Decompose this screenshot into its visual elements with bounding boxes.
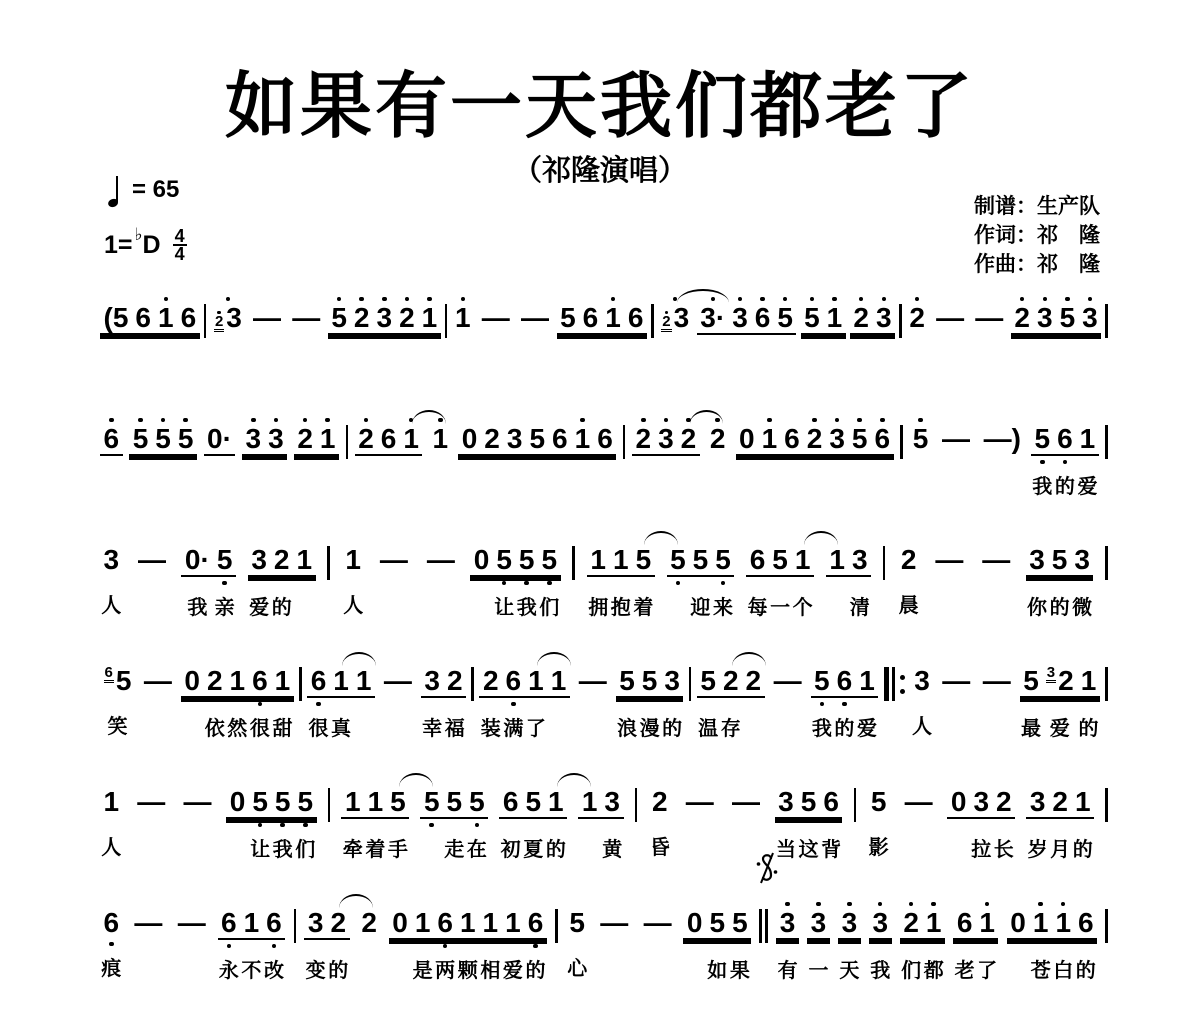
note-token: —: [180, 776, 215, 860]
octave-dot-below-slot: [1071, 577, 1094, 588]
octave-dot: [985, 902, 990, 907]
note-digit: 3: [970, 787, 993, 819]
octave-dot: [915, 297, 920, 302]
note-token: 3: [729, 292, 752, 378]
barline-strokes: [884, 667, 906, 701]
note-digit: 5: [774, 303, 797, 335]
note-token: 3一: [807, 897, 830, 983]
octave-dot-below-slot: [263, 940, 286, 951]
lyric-char: 迎: [690, 596, 710, 620]
note-group: —: [939, 655, 974, 739]
octave-dot: [820, 702, 825, 707]
note-group: 02依1然6很1甜: [181, 655, 294, 741]
octave-dot-below-slot: [226, 819, 249, 830]
note-digit: 3: [1071, 545, 1094, 577]
barline: [471, 655, 474, 701]
note-digit: 1: [823, 303, 846, 335]
note-digit: 1: [100, 787, 123, 817]
note-group: 6痕: [100, 897, 123, 981]
note-token: —: [250, 292, 285, 376]
barline-strokes: [555, 909, 558, 943]
lyric-char: 一: [770, 596, 790, 620]
note-token: 0: [1007, 897, 1030, 983]
octave-dot-below-slot: [100, 456, 123, 467]
octave-dot: [1038, 902, 1043, 907]
note-token: —: [979, 655, 1014, 739]
note-digit: 5: [616, 666, 639, 698]
note-digit: 1: [418, 303, 441, 335]
note-token: —: [174, 897, 209, 981]
note-digit: 6: [1075, 908, 1098, 940]
lyric-char: 有: [778, 959, 798, 983]
note-digit: 6: [549, 424, 572, 456]
barline: [689, 655, 692, 701]
note-digit: 5: [387, 787, 410, 819]
note-token: 1: [316, 413, 339, 499]
octave-dot-below-slot: [421, 698, 444, 709]
barline-strokes: [1105, 909, 1108, 943]
note-digit: 6: [871, 424, 894, 456]
note-token: 3拉: [970, 776, 993, 862]
octave-dot-below-slot: [770, 696, 805, 707]
lyric-char: 牵: [343, 838, 363, 862]
octave-dot: [533, 944, 538, 949]
note-group: 5: [909, 413, 932, 497]
note-token: —: [682, 776, 717, 860]
octave-dot: [475, 823, 480, 828]
note-token: 5我: [811, 655, 834, 741]
octave-dot-below-slot: [980, 454, 1024, 465]
lyric-char: 福: [445, 717, 465, 741]
lyric-char: 的: [834, 717, 854, 741]
note-token: —: [131, 897, 166, 981]
grace-note: 2: [214, 311, 224, 333]
note-token: 1: [571, 413, 594, 499]
octave-dot: [443, 944, 448, 949]
note-token: 2月: [1049, 776, 1072, 862]
note-token: 2: [906, 292, 929, 376]
lyric-char: 满: [503, 717, 523, 741]
note-digit: 0: [389, 908, 412, 940]
note-token: 6永: [218, 897, 241, 983]
note-digit: —: [933, 303, 968, 333]
note-digit: 2: [270, 545, 293, 577]
octave-dot-below-slot: [871, 456, 894, 467]
note-group: —: [174, 897, 209, 981]
lyric-char: 着: [633, 596, 653, 620]
octave-dot-below-slot: [154, 335, 177, 346]
lyric-char: 温: [698, 717, 718, 741]
note-token: —: [933, 292, 968, 376]
note-digit: —: [901, 787, 936, 817]
note-group: 13清: [826, 534, 871, 620]
note-digit: 3: [807, 908, 830, 940]
note-group: 3人: [911, 655, 934, 739]
lyric-char: 笑: [107, 715, 127, 739]
octave-dot-below-slot: [350, 335, 373, 346]
note-group: —: [597, 897, 632, 981]
note-group: —: [979, 655, 1014, 739]
lyric-char: 初: [501, 838, 521, 862]
octave-dot-below-slot: [545, 819, 568, 830]
note-digit: 6: [751, 303, 774, 335]
octave-dot: [857, 418, 862, 423]
lyric-char: 爱: [503, 959, 523, 983]
note-token: 1的: [1077, 655, 1100, 741]
note-digit: 2: [358, 908, 381, 938]
note-digit: 5: [213, 545, 236, 577]
note-digit: —: [770, 666, 805, 696]
note-token: 1爱: [1076, 413, 1099, 499]
note-group: 3爱2的1: [248, 534, 316, 620]
barline-strokes: [328, 788, 331, 822]
octave-dot-below-slot: [218, 940, 241, 951]
octave-dot-below-slot: [557, 335, 580, 346]
octave-dot-below-slot: [775, 819, 798, 830]
note-token: 2们: [900, 897, 923, 983]
octave-dot: [161, 418, 166, 423]
quarter-note-icon: [108, 174, 122, 206]
note-digit: 3: [248, 545, 271, 577]
lyric-char: 了: [977, 959, 997, 983]
octave-dot-below-slot: [249, 819, 272, 830]
octave-dot-below-slot: [856, 698, 879, 709]
lyric-char: 装: [481, 717, 501, 741]
note-token: 3: [1079, 292, 1102, 378]
note-group: —: [376, 534, 411, 618]
octave-dot: [274, 418, 279, 423]
lyric-char: 我: [870, 959, 890, 983]
note-group: 5我6的1爱: [811, 655, 879, 741]
note-digit: 2: [906, 303, 929, 333]
barline: [572, 534, 575, 580]
note-digit: 5: [152, 424, 175, 456]
octave-dot-below-slot: [181, 577, 213, 588]
note-token: 2晨: [897, 534, 920, 618]
note-digit: 1: [154, 303, 177, 335]
octave-dot-below-slot: [364, 819, 387, 830]
note-token: 0: [458, 413, 481, 499]
lyric-char: 让: [494, 596, 514, 620]
octave-dot: [785, 902, 790, 907]
barline: [1105, 292, 1108, 338]
note-token: 2: [358, 897, 381, 981]
note-token: 65笑: [100, 655, 135, 739]
octave-dot-below-slot: [803, 456, 826, 467]
note-digit: —: [174, 908, 209, 938]
octave-dot-below-slot: [1026, 577, 1049, 588]
note-digit: 1: [330, 666, 353, 698]
octave-dot-below-slot: [341, 819, 364, 830]
note-digit: 1: [293, 545, 316, 577]
note-token: 3: [373, 292, 396, 378]
note-token: 6的: [1054, 413, 1077, 499]
note-digit: —: [728, 787, 763, 817]
octave-dot-below-slot: [100, 696, 135, 707]
lyric-char: 黄: [602, 838, 622, 862]
note-digit: 1: [1076, 424, 1099, 456]
octave-dot-below-slot: [970, 819, 993, 830]
note-token: 5迎: [689, 534, 712, 620]
note-token: 5影: [867, 776, 890, 860]
octave-dot-below-slot: [706, 454, 729, 465]
lyric-char: 痕: [101, 957, 121, 981]
octave-dot-below-slot: [549, 456, 572, 467]
octave-dot-below-slot: [493, 577, 516, 588]
note-token: —: [979, 534, 1014, 618]
octave-dot-below-slot: [479, 698, 502, 709]
note-digit: —: [979, 545, 1014, 575]
note-token: 1: [352, 655, 375, 741]
octave-dot-below-slot: [1026, 819, 1049, 830]
note-token: 3人: [100, 534, 123, 618]
barline: [1105, 897, 1108, 943]
octave-dot-below-slot: [807, 940, 830, 951]
octave-dot-below-slot: [443, 819, 466, 830]
note-group: 01是6两1颗1相1爱6的: [389, 897, 547, 983]
octave-dot-below-slot: [1076, 456, 1099, 467]
note-token: 5浪: [616, 655, 639, 741]
octave-dot-below-slot: [423, 575, 458, 586]
note-group: 3当5这6背: [775, 776, 843, 862]
octave-dot-below-slot: [566, 938, 589, 949]
note-token: 5手: [387, 776, 410, 862]
octave-dot-below-slot: [316, 456, 339, 467]
lyric-char: 月: [1050, 838, 1070, 862]
barline: [1105, 534, 1108, 580]
note-token: 5如: [706, 897, 729, 983]
note-token: 1白: [1052, 897, 1075, 983]
octave-dot: [164, 297, 169, 302]
octave-dot: [767, 418, 772, 423]
key-prefix: 1=: [104, 231, 133, 260]
octave-dot: [524, 581, 529, 586]
score-line: 65550·332126110235616232201623565——)5我6的…: [100, 413, 1108, 534]
barline: [759, 897, 768, 943]
note-digit: 5: [466, 787, 489, 819]
octave-dot-below-slot: [134, 817, 169, 828]
note-token: 2昏: [648, 776, 671, 860]
octave-dot-below-slot: [719, 698, 742, 709]
note-token: 1牵: [341, 776, 364, 862]
octave-dot: [715, 418, 720, 423]
octave-dot-below-slot: [304, 940, 327, 951]
lyric-char: 岁: [1028, 838, 1048, 862]
octave-dot-below-slot: [249, 698, 272, 709]
note-digit: 2: [648, 787, 671, 817]
octave-dot-below-slot: [972, 333, 1007, 344]
note-token: 3人: [911, 655, 934, 739]
octave-dot-below-slot: [203, 698, 226, 709]
note-digit: 2: [632, 424, 655, 456]
note-group: 2: [906, 292, 929, 376]
note-token: 2: [706, 413, 729, 497]
note-group: 232: [632, 413, 700, 499]
octave-dot: [258, 702, 263, 707]
octave-dot-below-slot: [797, 819, 820, 830]
octave-dot: [783, 297, 788, 302]
lyric-char: 的: [1050, 596, 1070, 620]
octave-dot-below-slot: [953, 940, 976, 951]
lyric-char: 存: [721, 717, 741, 741]
octave-dot: [859, 297, 864, 302]
note-digit: 6: [249, 666, 272, 698]
note-token: 6的: [833, 655, 856, 741]
note-token: —: [932, 534, 967, 618]
note-digit: 0: [226, 787, 249, 819]
note-digit: 3: [655, 424, 678, 456]
octave-dot: [878, 902, 883, 907]
note-digit: 1: [976, 908, 999, 940]
barline-strokes: [900, 425, 903, 459]
lyric-char: 的: [1073, 838, 1093, 862]
note-group: 0·: [204, 413, 236, 499]
octave-dot-below-slot: [411, 940, 434, 951]
octave-dot-below-slot: [210, 345, 245, 356]
note-token: 1: [154, 292, 177, 378]
note-digit: —: [289, 303, 324, 333]
note-token: 6: [751, 292, 774, 378]
octave-dot-below-slot: [240, 940, 263, 951]
octave-dot-below-slot: [242, 456, 265, 467]
octave-dot-below-slot: [1049, 819, 1072, 830]
note-group: 3·365: [697, 292, 797, 378]
lyric-char: 影: [869, 836, 889, 860]
octave-dot-below-slot: [667, 577, 690, 588]
note-group: 1人: [342, 534, 365, 618]
note-digit: 1: [1071, 787, 1094, 819]
octave-dot: [1061, 902, 1066, 907]
note-digit: 3: [776, 908, 799, 940]
octave-dot: [222, 581, 227, 586]
lyric-char: 不: [241, 959, 261, 983]
lyric-char: 甜: [272, 717, 292, 741]
lyric-char: 苍: [1031, 959, 1051, 983]
note-token: 1: [823, 292, 846, 378]
note-token: 5们: [294, 776, 317, 862]
note-token: 1颗: [456, 897, 479, 983]
note-token: 3: [826, 413, 849, 499]
octave-dot-below-slot: [131, 938, 166, 949]
note-digit: 1: [826, 545, 849, 577]
note-digit: 5: [706, 908, 729, 940]
note-token: 5: [557, 292, 580, 378]
note-token: 6很: [249, 655, 272, 741]
note-token: 5这: [797, 776, 820, 862]
octave-dot: [918, 418, 923, 423]
octave-dot-below-slot: [911, 696, 934, 707]
barline: [1105, 413, 1108, 459]
note-digit: 1: [791, 545, 814, 577]
note-digit: 6: [953, 908, 976, 940]
octave-dot-below-slot: [906, 333, 929, 344]
note-digit: 2: [1049, 787, 1072, 819]
octave-dot-below-slot: [758, 456, 781, 467]
lyric-char: 的: [272, 596, 292, 620]
barline-strokes: [346, 425, 349, 459]
note-digit: —: [979, 666, 1014, 696]
note-digit: —: [478, 303, 513, 333]
lyric-char: 最: [1021, 717, 1041, 741]
note-group: 23: [658, 292, 693, 388]
octave-dot: [429, 823, 434, 828]
note-token: 2: [803, 413, 826, 499]
song-title: 如果有一天我们都老了: [0, 48, 1200, 152]
note-digit: 2: [327, 908, 350, 940]
note-group: 2装6满1了1: [479, 655, 569, 741]
octave-dot: [258, 823, 263, 828]
lyric-char: 老: [955, 959, 975, 983]
note-digit: 1: [400, 424, 423, 456]
note-token: 0: [736, 413, 759, 499]
octave-dot-below-slot: [250, 333, 285, 344]
note-digit: 3: [775, 787, 798, 819]
octave-dot-below-slot: [307, 698, 330, 709]
note-digit: 5: [769, 545, 792, 577]
barline: [1105, 655, 1108, 701]
note-digit: 5: [294, 787, 317, 819]
note-digit: 5: [538, 545, 561, 577]
note-digit: 6: [218, 908, 241, 940]
barline-strokes: [471, 667, 474, 701]
note-digit: 1: [342, 545, 365, 575]
note-token: 1不: [240, 897, 263, 983]
note-digit: 6: [833, 666, 856, 698]
note-token: 3: [655, 413, 678, 499]
octave-dot: [832, 297, 837, 302]
note-token: 2: [396, 292, 419, 378]
octave-dot: [511, 702, 516, 707]
note-digit: 2: [350, 303, 373, 335]
note-token: 5亲: [213, 534, 236, 620]
octave-dot-below-slot: [270, 577, 293, 588]
note-token: —: [972, 292, 1007, 376]
note-token: 3幸: [421, 655, 444, 741]
note-digit: 3: [872, 303, 895, 335]
note-digit: 1: [271, 666, 294, 698]
octave-dot: [316, 702, 321, 707]
note-digit: 5: [420, 787, 443, 819]
octave-dot-below-slot: [289, 333, 324, 344]
octave-dot: [909, 902, 914, 907]
octave-dot-below-slot: [271, 698, 294, 709]
note-digit: 65: [100, 666, 135, 696]
note-token: 2: [481, 413, 504, 499]
note-digit: 2: [396, 303, 419, 335]
note-token: 3爱: [248, 534, 271, 620]
note-digit: 5: [811, 666, 834, 698]
lyric-char: 背: [821, 838, 841, 862]
octave-dot: [931, 902, 936, 907]
note-digit: 5: [729, 908, 752, 940]
note-group: (5616: [100, 292, 200, 378]
note-token: 5最: [1020, 655, 1043, 741]
grace-digit: 2: [214, 315, 224, 332]
octave-dot: [251, 418, 256, 423]
score-line: 6痕——6永1不6改3变2的201是6两1颗1相1爱6的5心——05如5果3有3…: [100, 897, 1108, 1018]
note-token: 3: [872, 292, 895, 378]
note-token: 3变: [304, 897, 327, 983]
octave-dot: [109, 418, 114, 423]
octave-dot: [183, 418, 188, 423]
note-digit: 5: [797, 787, 820, 819]
note-digit: 2: [803, 424, 826, 456]
note-digit: 1: [479, 908, 502, 940]
note-digit: 2: [719, 666, 742, 698]
lyric-char: 是: [413, 959, 433, 983]
barline: [328, 776, 331, 822]
note-digit: 2: [742, 666, 765, 698]
